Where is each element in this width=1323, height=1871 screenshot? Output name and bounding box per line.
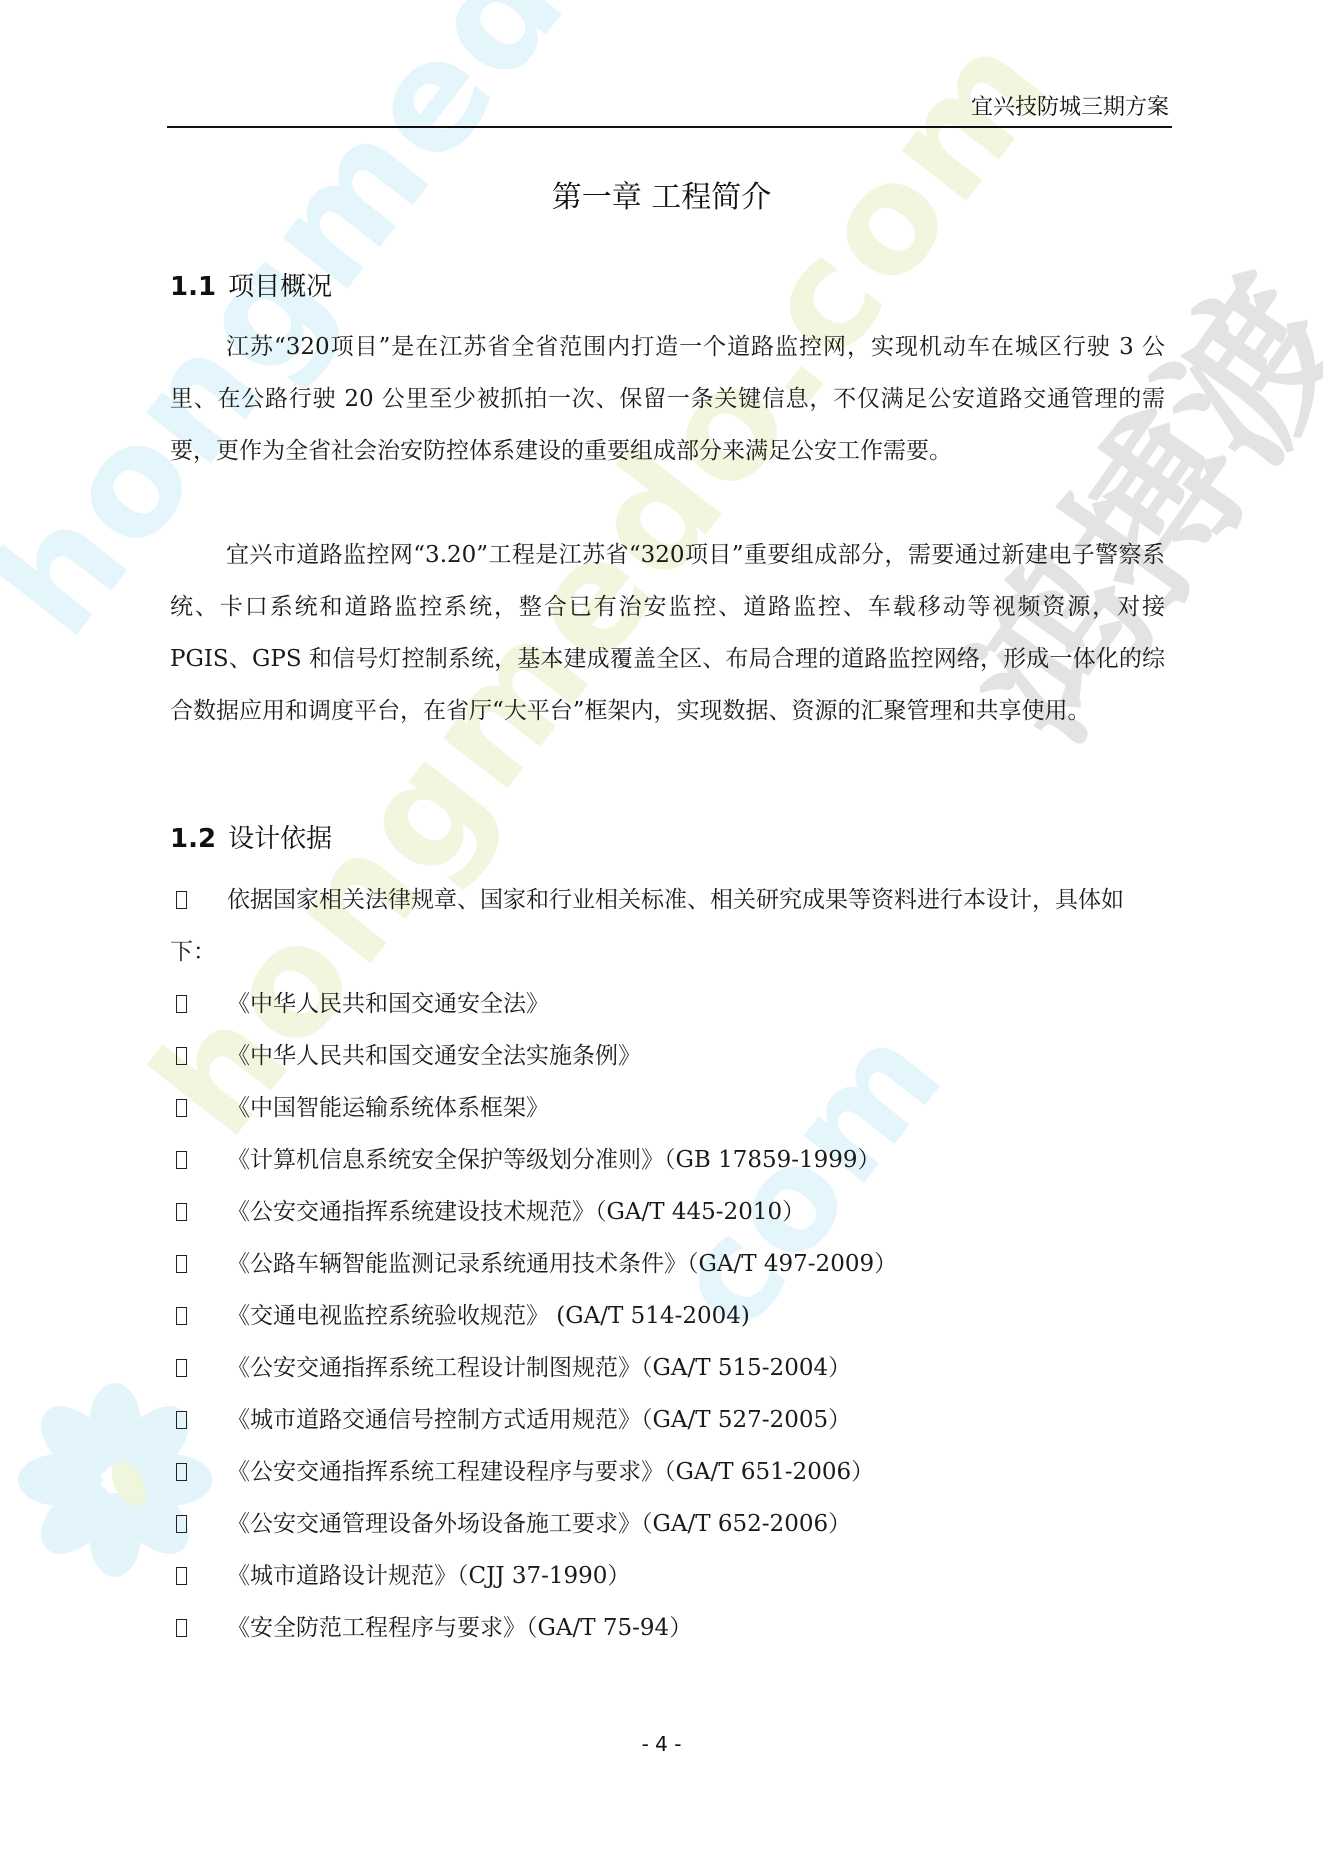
- list-item-text: 《计算机信息系统安全保护等级划分准则》（GB 17859-1999）: [227, 1147, 881, 1173]
- bullet-box-icon: [176, 1567, 187, 1585]
- list-item: 《城市道路交通信号控制方式适用规范》（GA/T 527-2005）: [170, 1394, 1165, 1446]
- list-item: 《公路车辆智能监测记录系统通用技术条件》（GA/T 497-2009）: [170, 1238, 1165, 1290]
- bullet-box-icon: [176, 1515, 187, 1533]
- list-item-text: 《中华人民共和国交通安全法实施条例》: [227, 1043, 641, 1069]
- bullet-box-icon: [176, 1099, 187, 1117]
- list-item-text: 《中国智能运输系统体系框架》: [227, 1095, 549, 1121]
- list-item: 《中华人民共和国交通安全法》: [170, 978, 1165, 1030]
- section-heading-1-1: 1.1项目概况: [170, 269, 332, 305]
- section-number: 1.1: [170, 272, 216, 302]
- bullet-box-icon: [176, 1255, 187, 1273]
- bullet-box-icon: [176, 1463, 187, 1481]
- list-item: 《交通电视监控系统验收规范》 (GA/T 514-2004): [170, 1290, 1165, 1342]
- list-item: 《公安交通指挥系统工程建设程序与要求》（GA/T 651-2006）: [170, 1446, 1165, 1498]
- list-item: 《中国智能运输系统体系框架》: [170, 1082, 1165, 1134]
- page-number: - 4 -: [0, 1732, 1323, 1756]
- list-item-text: 《交通电视监控系统验收规范》 (GA/T 514-2004): [227, 1303, 750, 1329]
- bullet-box-icon: [176, 1151, 187, 1169]
- bullet-box-icon: [176, 1359, 187, 1377]
- list-item-text: 《公安交通指挥系统建设技术规范》（GA/T 445-2010）: [227, 1199, 805, 1225]
- bullet-box-icon: [176, 1203, 187, 1221]
- list-item-text: 《公路车辆智能监测记录系统通用技术条件》（GA/T 497-2009）: [227, 1251, 897, 1277]
- list-item: 依据国家相关法律规章、国家和行业相关标准、相关研究成果等资料进行本设计，具体如下…: [170, 874, 1165, 978]
- list-item: 《公安交通管理设备外场设备施工要求》（GA/T 652-2006）: [170, 1498, 1165, 1550]
- list-item: 《公安交通指挥系统建设技术规范》（GA/T 445-2010）: [170, 1186, 1165, 1238]
- design-basis-list: 依据国家相关法律规章、国家和行业相关标准、相关研究成果等资料进行本设计，具体如下…: [170, 874, 1165, 1654]
- bullet-box-icon: [176, 1619, 187, 1637]
- section-heading-1-2: 1.2设计依据: [170, 821, 332, 857]
- bullet-box-icon: [176, 1307, 187, 1325]
- list-item-text: 依据国家相关法律规章、国家和行业相关标准、相关研究成果等资料进行本设计，具体如下…: [170, 887, 1124, 965]
- list-item-text: 《城市道路设计规范》（CJJ 37-1990）: [227, 1563, 630, 1589]
- chapter-title: 第一章 工程简介: [0, 178, 1323, 218]
- list-item-text: 《公安交通指挥系统工程建设程序与要求》（GA/T 651-2006）: [227, 1459, 874, 1485]
- list-item: 《城市道路设计规范》（CJJ 37-1990）: [170, 1550, 1165, 1602]
- section-number: 1.2: [170, 824, 216, 854]
- bullet-box-icon: [176, 891, 187, 909]
- list-item: 《中华人民共和国交通安全法实施条例》: [170, 1030, 1165, 1082]
- running-header: 宜兴技防城三期方案: [971, 94, 1169, 122]
- list-item-text: 《中华人民共和国交通安全法》: [227, 991, 549, 1017]
- document-page: 宜兴技防城三期方案 第一章 工程简介 1.1项目概况 江苏“320项目”是在江苏…: [0, 0, 1323, 1871]
- bullet-box-icon: [176, 1047, 187, 1065]
- list-item: 《公安交通指挥系统工程设计制图规范》（GA/T 515-2004）: [170, 1342, 1165, 1394]
- list-item: 《安全防范工程程序与要求》（GA/T 75-94）: [170, 1602, 1165, 1654]
- bullet-box-icon: [176, 995, 187, 1013]
- list-item-text: 《公安交通管理设备外场设备施工要求》（GA/T 652-2006）: [227, 1511, 851, 1537]
- list-item-text: 《公安交通指挥系统工程设计制图规范》（GA/T 515-2004）: [227, 1355, 851, 1381]
- section-title: 项目概况: [228, 272, 332, 302]
- header-divider: [167, 126, 1172, 128]
- list-item-text: 《安全防范工程程序与要求》（GA/T 75-94）: [227, 1615, 692, 1641]
- paragraph: 江苏“320项目”是在江苏省全省范围内打造一个道路监控网，实现机动车在城区行驶 …: [170, 321, 1165, 477]
- list-item: 《计算机信息系统安全保护等级划分准则》（GB 17859-1999）: [170, 1134, 1165, 1186]
- paragraph: 宜兴市道路监控网“3.20”工程是江苏省“320项目”重要组成部分，需要通过新建…: [170, 529, 1165, 737]
- section-title: 设计依据: [228, 824, 332, 854]
- bullet-box-icon: [176, 1411, 187, 1429]
- list-item-text: 《城市道路交通信号控制方式适用规范》（GA/T 527-2005）: [227, 1407, 851, 1433]
